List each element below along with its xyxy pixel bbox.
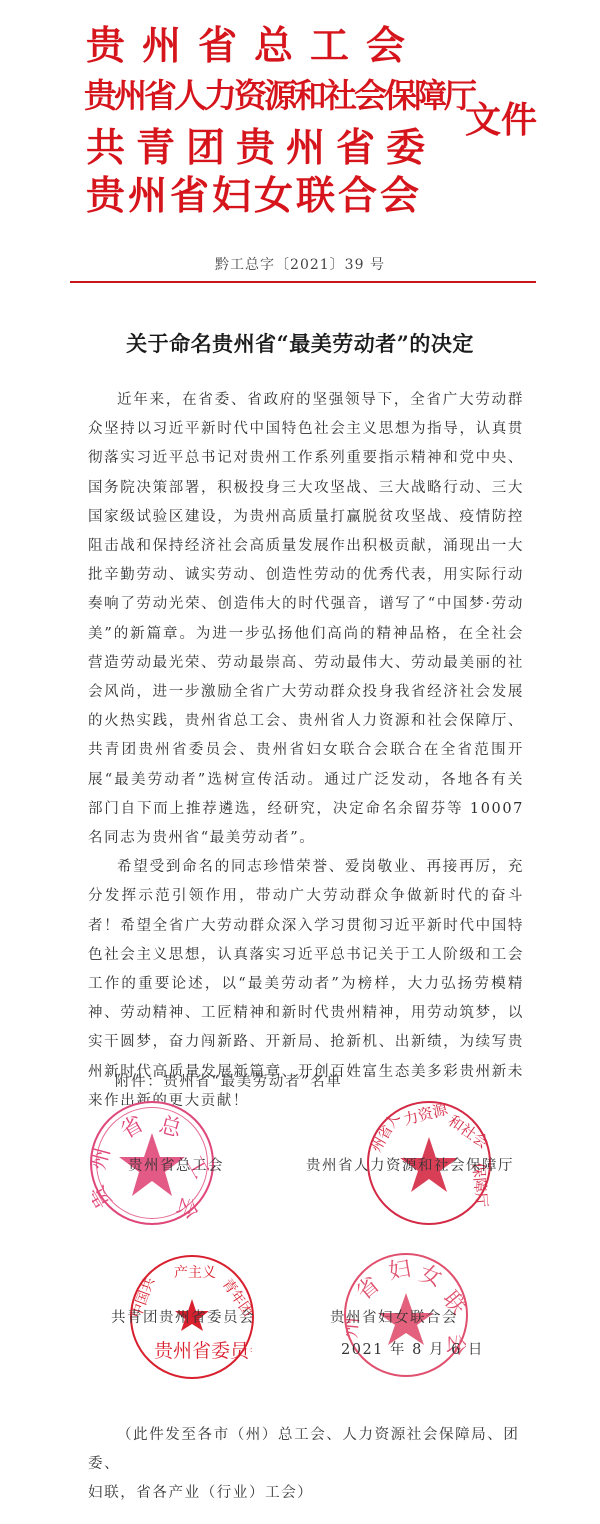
distribution-note: （此件发至各市（州）总工会、人力资源社会保障局、团委、 妇联，省各产业（行业）工… xyxy=(88,1421,528,1508)
issue-date: 2021 年 8 月 6 日 xyxy=(341,1338,484,1359)
svg-text:省: 省 xyxy=(117,1112,149,1145)
body-paragraph-1: 近年来，在省委、省政府的坚强领导下，全省广大劳动群众坚持以习近平新时代中国特色社… xyxy=(88,386,524,853)
issuer-line-womens-federation: 贵州省妇女联合会 xyxy=(86,174,422,218)
attachment-note: 附件：贵州省“最美劳动者”名单 xyxy=(115,1070,342,1091)
signature-federation-of-trade-unions: 贵州省总工会 xyxy=(128,1154,224,1175)
issuer-line-youth-league: 共青团贵州省委 xyxy=(86,126,436,170)
issuer-line-federation-of-trade-unions: 贵州省总工会 xyxy=(86,24,422,68)
svg-text:省: 省 xyxy=(352,1272,385,1305)
svg-text:贵州省委员会: 贵州省委员会 xyxy=(154,1340,252,1362)
red-divider-rule xyxy=(70,281,536,283)
svg-text:州省人: 州省人 xyxy=(369,1110,403,1155)
distribution-note-line-2: 妇联，省各产业（行业）工会） xyxy=(88,1479,528,1508)
issuer-line-human-resources-dept: 贵州省人力资源和社会保障厅 xyxy=(84,76,474,116)
svg-text:贵: 贵 xyxy=(92,1179,117,1212)
document-title: 关于命名贵州省“最美劳动者”的决定 xyxy=(0,328,600,358)
svg-text:力资源: 力资源 xyxy=(401,1103,450,1129)
document-number: 黔工总字〔2021〕39 号 xyxy=(0,254,600,274)
svg-text:妇: 妇 xyxy=(387,1256,413,1284)
svg-text:州: 州 xyxy=(92,1145,115,1173)
distribution-note-line-1: （此件发至各市（州）总工会、人力资源社会保障局、团委、 xyxy=(88,1421,528,1479)
svg-text:总: 总 xyxy=(156,1113,185,1143)
svg-text:产主义: 产主义 xyxy=(174,1264,216,1281)
file-label: 文件 xyxy=(465,98,537,142)
signature-womens-federation: 贵州省妇女联合会 xyxy=(330,1306,458,1327)
svg-text:会: 会 xyxy=(171,1193,202,1222)
signature-human-resources-dept: 贵州省人力资源和社会保障厅 xyxy=(306,1154,514,1175)
svg-text:和社会: 和社会 xyxy=(445,1112,489,1153)
document-body: 近年来，在省委、省政府的坚强领导下，全省广大劳动群众坚持以习近平新时代中国特色社… xyxy=(88,386,524,1116)
svg-text:女: 女 xyxy=(416,1261,445,1292)
signature-youth-league: 共青团贵州省委员会 xyxy=(111,1306,255,1327)
